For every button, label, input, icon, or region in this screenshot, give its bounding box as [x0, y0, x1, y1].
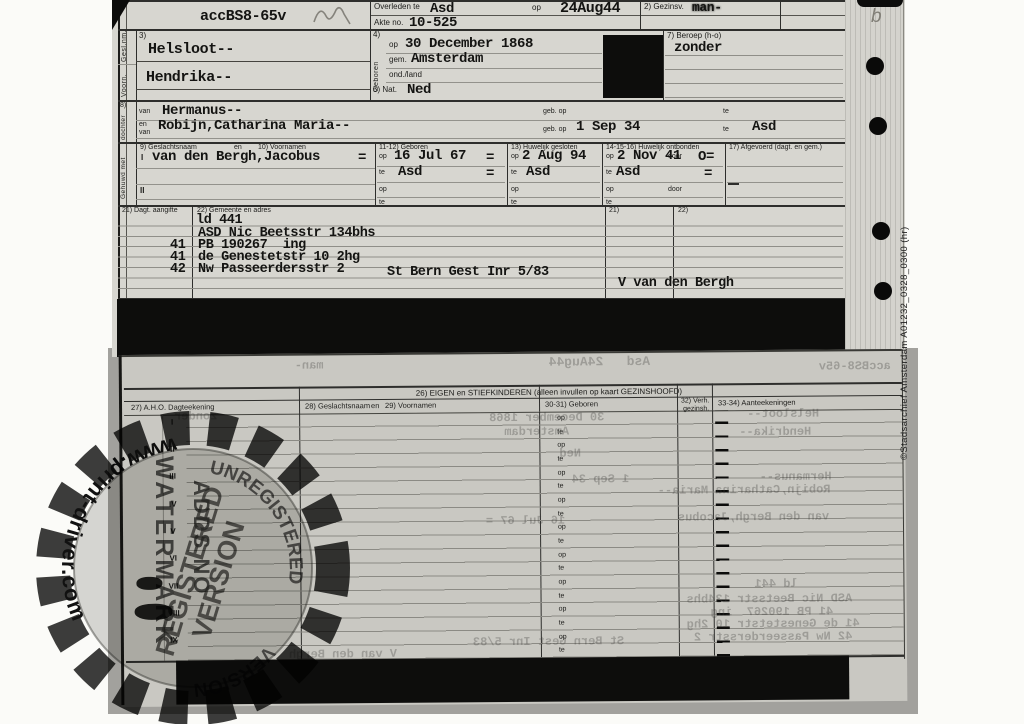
ghost-text: Hendrika--: [739, 426, 811, 439]
gezinsv-label: 2) Gezinsv.: [644, 3, 684, 11]
divider: [780, 0, 781, 30]
rule: [509, 166, 600, 167]
ruled-area: [665, 42, 843, 100]
f21a-header: 21) Dagt. aangifte: [122, 207, 178, 215]
watermark-word: WATERMARK: [150, 456, 178, 646]
door-label: door: [668, 153, 682, 161]
scanned-archive-card: accBS8-65v Overleden te Asd op 24Aug44 A…: [0, 0, 1024, 724]
mother-geb-te: Asd: [752, 120, 776, 134]
ref-code: accBS8-65v: [200, 9, 286, 24]
rule: [727, 182, 843, 183]
rule: [136, 138, 845, 139]
rule: [136, 199, 375, 200]
ghost-text: Amsterdam: [504, 426, 569, 439]
row-border: [118, 100, 845, 102]
rule: [386, 68, 602, 69]
op-label: op: [511, 186, 519, 194]
ghost-text: 30 December 1868: [489, 411, 604, 424]
marriage-op: 2 Aug 94: [522, 149, 586, 163]
card-front: accBS8-65v Overleden te Asd op 24Aug44 A…: [112, 0, 905, 357]
rule: [118, 64, 136, 65]
geb-op-label-2: geb. op: [543, 126, 566, 134]
rule: [136, 89, 370, 90]
spouse-geb-te: Asd: [398, 165, 422, 179]
divider: [136, 100, 137, 142]
ghost-text: Hermanus--: [760, 470, 832, 483]
nat-value: Ned: [407, 83, 431, 97]
mother-name: Robijn,Catharina Maria--: [158, 119, 350, 133]
dissolved-door: O=: [698, 150, 714, 164]
f3-num: 3): [139, 32, 146, 40]
geb-op-label-1: geb. op: [543, 108, 566, 116]
marriage-row-2: II: [140, 187, 144, 195]
col32-header-a: 32) Verh.: [681, 397, 709, 405]
rule: [509, 197, 600, 198]
f17-header: 17) Afgevoerd (dagt. en gem.): [729, 144, 822, 152]
rule: [136, 184, 375, 185]
te-label-1: te: [723, 108, 729, 116]
te-label: te: [559, 593, 565, 601]
ghost-text: 16 Jul 67 =: [486, 515, 565, 528]
op-label: op: [379, 153, 387, 161]
voorn-label: Voorn.: [121, 68, 128, 97]
te-label: te: [606, 169, 612, 177]
op-label: op: [558, 579, 566, 587]
eq-mark: =: [486, 151, 494, 165]
geb-op-label: op: [389, 41, 398, 49]
rule: [370, 15, 845, 16]
divider: [136, 142, 137, 205]
overleden-label: Overleden te: [374, 3, 420, 11]
dissolved-te: Asd: [616, 165, 640, 179]
akte-value: 10-525: [409, 16, 457, 30]
ghost-text: St Bern Gest Inr 5/83: [473, 635, 624, 648]
eq-mark: =: [704, 167, 712, 181]
father-name: Hermanus--: [162, 104, 242, 118]
rule: [727, 166, 843, 167]
divider: [640, 0, 641, 30]
rule: [604, 182, 723, 183]
op-label: op: [558, 497, 566, 505]
ond-label: ond./land: [389, 71, 422, 79]
ghost-text: ld 441: [754, 578, 797, 590]
ghost-text: accBS8-65v: [819, 360, 891, 373]
te-label-2: te: [723, 126, 729, 134]
spouse-name: van den Bergh,Jacobus: [152, 150, 320, 164]
te-label: te: [379, 169, 385, 177]
op-label: op: [559, 606, 567, 614]
ghost-text: Helsloot--: [747, 408, 819, 421]
punch-hole: [866, 57, 884, 75]
overleden-value: Asd: [430, 2, 454, 16]
ghost-text: van den Bergh,Jacobus: [678, 511, 829, 524]
row-border: [118, 29, 845, 31]
rule: [377, 197, 505, 198]
te-label: te: [558, 483, 564, 491]
geb-op-value: 30 December 1868: [405, 37, 533, 51]
te-label: te: [511, 169, 517, 177]
ghost-text: Ned: [559, 447, 581, 459]
door-label: door: [668, 186, 682, 194]
rule: [136, 168, 375, 169]
ghost-text: 1 Sep 34: [572, 473, 630, 485]
card-top-edge: [118, 0, 905, 2]
firstname: Hendrika--: [146, 70, 232, 85]
beroep-label: 7) Beroep (h-o): [667, 32, 721, 40]
punch-hole: [872, 222, 890, 240]
f22b-header: 22): [678, 207, 688, 215]
gehuwd-met-label: Gehuwd met: [121, 147, 128, 199]
divider: [663, 30, 664, 100]
pen-dash: [728, 183, 739, 185]
op-label: op: [511, 153, 519, 161]
overleden-op-label: op: [532, 4, 541, 12]
gezinsv-value: man-: [692, 1, 722, 14]
rule: [377, 182, 505, 183]
corner-mark: [112, 0, 130, 30]
marriage-row-1: I: [141, 154, 143, 162]
op-label: op: [606, 153, 614, 161]
col3031-header: 30-31) Geboren: [545, 400, 598, 409]
divider: [370, 0, 371, 30]
gem-label: gem.: [389, 56, 407, 64]
redaction-bar-front: [117, 299, 845, 357]
punch-hole: [874, 282, 892, 300]
op-label: op: [606, 186, 614, 194]
surname: Helsloot--: [148, 42, 234, 57]
divider: [370, 30, 371, 100]
te-label: te: [558, 565, 564, 573]
ghost-text: man-: [295, 359, 324, 371]
archive-copyright: ©Stadsarchief Amsterdam A01232_0328_0300…: [899, 148, 913, 460]
ghost-text: Asd 24Aug44: [549, 355, 651, 369]
divider: [725, 142, 726, 205]
op-label: op: [558, 552, 566, 560]
pencil-mark: b: [871, 6, 882, 28]
op-label: op: [558, 470, 566, 478]
nat-label: 5) Nat.: [373, 86, 397, 94]
note: St Bern Gest Inr 5/83: [387, 266, 549, 280]
ghost-text: Robijn,Catharina Maria--: [658, 484, 831, 497]
redaction-block: [603, 35, 663, 98]
rule: [604, 197, 723, 198]
f4-num: 4): [373, 31, 380, 39]
spouse-geb-op: 16 Jul 67: [394, 149, 466, 163]
rule: [136, 61, 370, 62]
watermark-adds-no: ADDS NO: [189, 480, 214, 595]
signature: V van den Bergh: [618, 277, 734, 291]
ghost-text: 42 Nw Passeerdersstr 2: [694, 630, 853, 643]
rule: [509, 182, 600, 183]
mother-geb-date: 1 Sep 34: [576, 120, 640, 134]
marriage-te: Asd: [526, 165, 550, 179]
dochter-label: dochter: [121, 112, 128, 140]
gem-value: Amsterdam: [411, 52, 483, 66]
divider: [602, 142, 603, 205]
pencil-squiggle: [310, 2, 358, 28]
te-label: te: [559, 620, 565, 628]
punch-hole: [869, 117, 887, 135]
overleden-date: 24Aug44: [560, 1, 620, 16]
print-driver-watermark: www.print-driver.com UNREGISTERED VERSIO…: [10, 396, 374, 724]
geslnm-label: Gesl.nm.: [121, 33, 128, 62]
van-label: van: [139, 108, 150, 116]
eq-mark: =: [358, 151, 366, 165]
rule: [727, 197, 843, 198]
eq-mark: =: [486, 167, 494, 181]
op-label: op: [379, 186, 387, 194]
col29-header: 29) Voornamen: [385, 402, 436, 411]
binding-strip: b: [845, 0, 905, 356]
en-van-label: en van: [139, 121, 159, 137]
entry-line: Nw Passeerdersstr 2: [198, 263, 344, 277]
f8-num: 8): [120, 102, 126, 110]
te-label: te: [558, 538, 564, 546]
f21b-header: 21): [609, 207, 619, 215]
divider: [507, 142, 508, 205]
divider: [375, 142, 376, 205]
entry-year: 42: [170, 263, 185, 277]
akte-label: Akte no.: [374, 19, 403, 27]
